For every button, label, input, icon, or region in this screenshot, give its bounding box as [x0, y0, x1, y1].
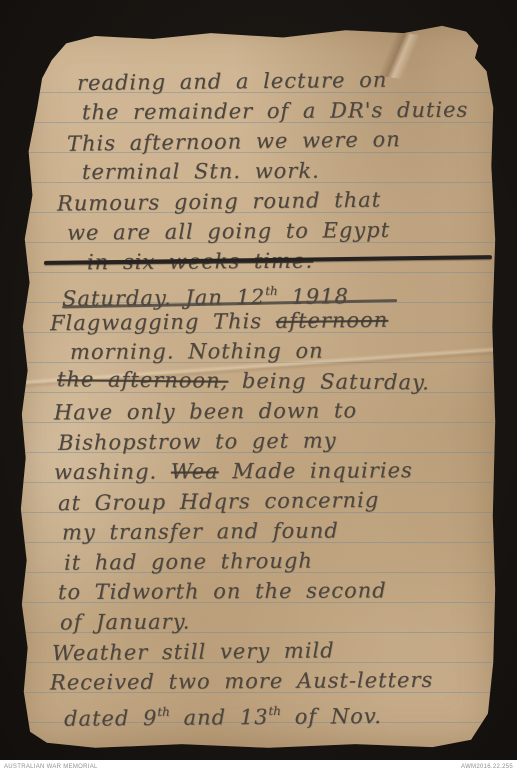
handwriting-line: washing. Wea Made inquiries: [48, 455, 490, 487]
handwriting-segment: of January.: [60, 610, 191, 635]
handwriting-line: in six weeks time.: [48, 244, 490, 277]
diary-page: reading and a lecture onthe remainder of…: [18, 20, 500, 750]
catalog-footer: AUSTRALIAN WAR MEMORIAL AWM2016.22.255: [0, 760, 517, 773]
handwriting-line: Weather still very mild: [48, 634, 490, 669]
struck-text: afternoon: [276, 308, 389, 333]
handwriting-segment: th: [157, 705, 170, 719]
handwriting-segment: it had gone through: [64, 549, 313, 575]
scanned-diary-photo: reading and a lecture onthe remainder of…: [0, 0, 517, 773]
handwriting-line: reading and a lecture on: [48, 64, 490, 99]
handwriting-line: it had gone through: [48, 544, 490, 578]
handwriting-segment: Weather still very mild: [52, 638, 335, 665]
handwriting-segment: th: [265, 284, 278, 298]
handwriting-segment: being Saturday.: [228, 369, 430, 395]
handwriting-line: dated 9th and 13th of Nov.: [48, 694, 490, 728]
handwriting-segment: Made inquiries: [219, 458, 413, 483]
handwriting-segment: dated 9: [64, 706, 158, 731]
handwriting-segment: we are all going to Egypt: [67, 218, 390, 245]
handwriting-line: Bishopstrow to get my: [48, 424, 490, 458]
handwriting-line: morning. Nothing on: [48, 335, 490, 367]
handwriting-segment: Received two more Aust-letters: [50, 668, 433, 695]
handwriting-line: at Group Hdqrs concernig: [48, 484, 490, 519]
photo-background: reading and a lecture onthe remainder of…: [0, 0, 517, 760]
handwriting-line: my transfer and found: [48, 514, 490, 547]
handwriting-segment: th: [268, 704, 281, 718]
struck-text: Wea: [171, 459, 219, 483]
handwriting-line: we are all going to Egypt: [48, 214, 490, 248]
handwriting-segment: This afternoon we were on: [67, 127, 401, 156]
struck-text: the afternoon,: [57, 367, 228, 392]
handwriting-segment: morning. Nothing on: [70, 339, 324, 364]
handwriting-segment: Flagwagging This: [50, 309, 276, 335]
handwriting-segment: at Group Hdqrs concernig: [58, 488, 379, 515]
handwriting-line: the remainder of a DR's duties: [48, 94, 490, 127]
handwriting-text: reading and a lecture onthe remainder of…: [48, 66, 490, 726]
handwriting-segment: terminal Stn. work.: [82, 159, 320, 184]
footer-archive-label: AUSTRALIAN WAR MEMORIAL: [4, 764, 98, 770]
handwriting-segment: washing.: [54, 460, 171, 485]
handwriting-line: terminal Stn. work.: [48, 155, 490, 187]
handwriting-line: of January.: [48, 604, 490, 637]
footer-id-label: AWM2016.22.255: [461, 764, 513, 770]
handwriting-segment: of Nov.: [281, 704, 382, 729]
handwriting-segment: reading and a lecture on: [77, 68, 388, 95]
handwriting-segment: Bishopstrow to get my: [58, 428, 337, 454]
handwriting-line: Rumours going round that: [48, 183, 490, 218]
handwriting-line: This afternoon we were on: [48, 123, 490, 159]
handwriting-segment: to Tidworth on the second: [58, 578, 387, 604]
handwriting-segment: and 13: [170, 705, 269, 730]
handwriting-segment: Have only been down to: [54, 398, 357, 424]
handwriting-line: the afternoon, being Saturday.: [48, 364, 490, 398]
handwriting-segment: my transfer and found: [62, 519, 339, 545]
handwriting-line: Saturday. Jan 12th 1918: [48, 274, 490, 308]
handwriting-line: Received two more Aust-letters: [48, 664, 490, 697]
handwriting-line: Flagwagging This afternoon: [48, 304, 490, 339]
handwriting-segment: the remainder of a DR's duties: [82, 98, 468, 125]
handwriting-line: to Tidworth on the second: [48, 575, 490, 607]
handwriting-segment: Rumours going round that: [57, 188, 381, 216]
handwriting-line: Have only been down to: [48, 394, 490, 427]
